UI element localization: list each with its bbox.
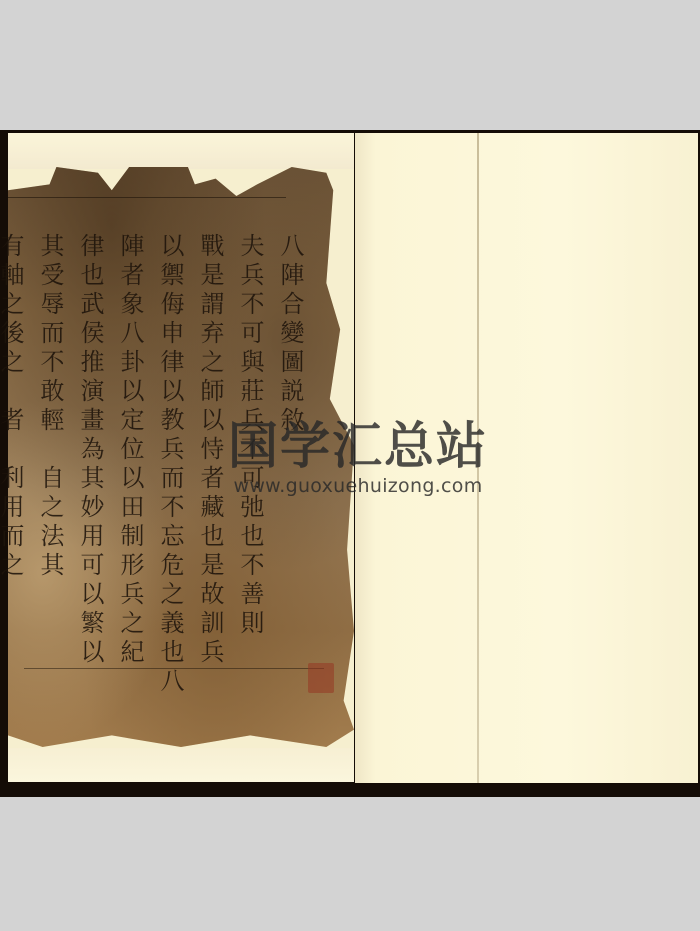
text-column: 陣者象八卦以定位以田制形兵之紀 — [112, 233, 148, 713]
watermark: 国学汇总站 www.guoxuehuizong.com — [218, 418, 498, 498]
mount-paper-bottom — [8, 748, 354, 782]
text-column: 其受辱而不敢輕 自之法其 — [32, 233, 68, 713]
seal-stamp-icon — [308, 663, 334, 693]
text-column: 以禦侮申律以教兵而不忘危之義也八 — [152, 233, 188, 713]
column-rule-top — [8, 197, 286, 198]
mount-paper-top — [8, 133, 354, 169]
watermark-url: www.guoxuehuizong.com — [218, 474, 498, 498]
text-column: 有軸之後之 者 利用而之 — [0, 233, 28, 713]
text-column: 律也武侯推演畫為其妙用可以繁以 — [72, 233, 108, 713]
watermark-title: 国学汇总站 — [218, 418, 498, 474]
